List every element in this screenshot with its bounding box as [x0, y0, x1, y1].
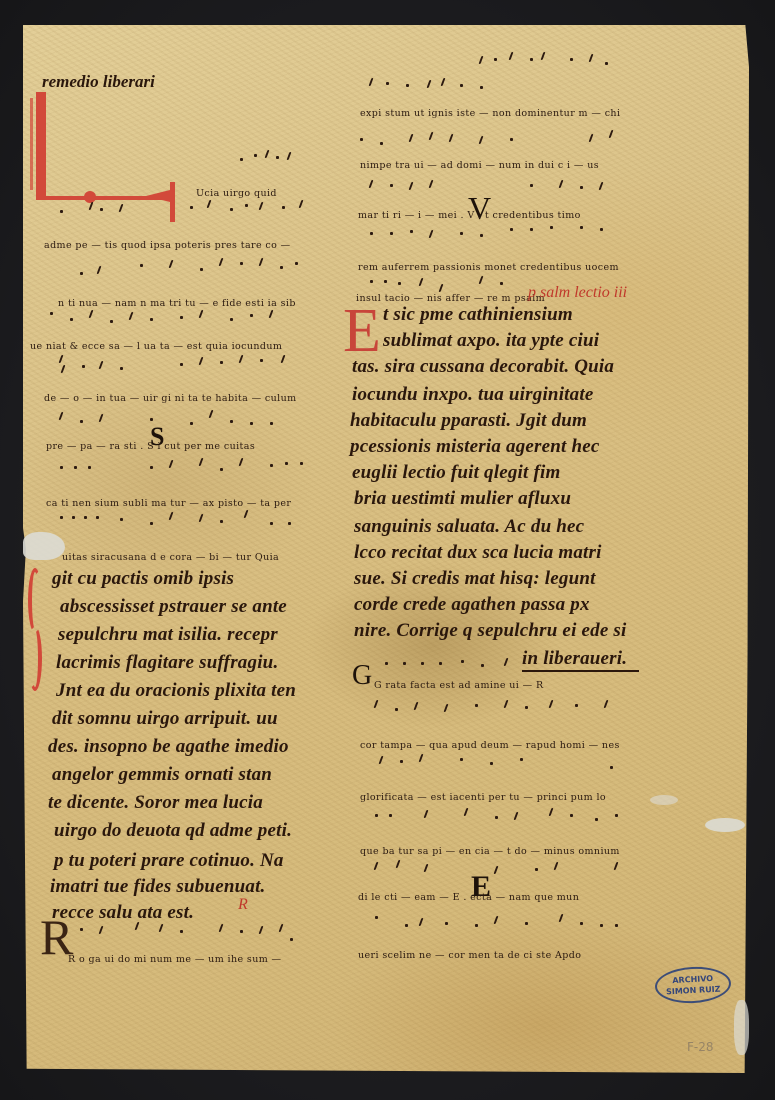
- chant-line: cor tampa — qua apud deum — rapud homi —…: [360, 740, 620, 751]
- chant-line: insul tacio — nis affer — re m psalm: [356, 293, 545, 304]
- initial-E-red: E: [343, 300, 371, 362]
- prose-line: uirgo do deuota qd adme peti.: [54, 820, 292, 842]
- prose-line: p tu poteri prare cotinuo. Na: [54, 850, 284, 872]
- chant-line: di le cti — eam — E . ecta — nam que mun: [358, 892, 579, 903]
- neumes: [60, 355, 330, 373]
- prose-line: lcco recitat dux sca lucia matri: [354, 542, 602, 564]
- prose-line: corde crede agathen passa px: [354, 594, 590, 616]
- prose-line: bria uestimti mulier afluxu: [354, 488, 571, 510]
- chant-line: ca ti nen sium subli ma tur — ax pisto —…: [46, 498, 291, 509]
- tear-damage-corner: [734, 1000, 749, 1055]
- prose-line: lacrimis flagitare suffragiu.: [56, 652, 278, 674]
- chant-line: que ba tur sa pi — en cia — t do — minus…: [360, 846, 620, 857]
- neumes: [360, 128, 630, 146]
- prose-line: dit somnu uirgo arripuit. uu: [52, 708, 278, 730]
- chant-line: glorificata — est iacenti per tu — princ…: [360, 792, 606, 803]
- neumes: [375, 700, 645, 718]
- running-head: remedio liberari: [42, 72, 155, 92]
- prose-line: t sic pme cathiniensium: [383, 304, 573, 326]
- initial-G: G: [352, 662, 372, 690]
- tear-damage-right-b: [650, 795, 678, 805]
- neumes: [50, 310, 320, 328]
- prose-line: sue. Si credis mat hisq: legunt: [354, 568, 596, 590]
- neumes: [60, 458, 330, 476]
- prose-line: iocundu inxpo. tua uirginitate: [352, 384, 593, 406]
- tear-damage-left: [23, 532, 65, 560]
- neumes: [380, 752, 650, 770]
- prose-line: angelor gemmis ornati stan: [52, 764, 272, 786]
- prose-line: sanguinis saluata. Ac du hec: [354, 516, 584, 538]
- neumes: [370, 178, 640, 196]
- neumes: [375, 860, 645, 878]
- chant-line: uitas siracusana d e cora — bi — tur Qui…: [62, 552, 279, 563]
- neumes: [80, 922, 350, 940]
- chant-line: adme pe — tis quod ipsa poteris pres tar…: [44, 240, 291, 251]
- chant-line-final: R o ga ui do mi num me — um ihe sum —: [68, 954, 281, 965]
- chant-line: nimpe tra ui — ad domi — num in dui c i …: [360, 160, 599, 171]
- prose-line: imatri tue fides subuenuat.: [50, 876, 266, 898]
- chant-line: mar ti ri — i — mei . V . t credentibus …: [358, 210, 581, 221]
- neumes: [480, 52, 750, 70]
- prose-line: tas. sira cussana decorabit. Quia: [352, 356, 614, 378]
- initial-S-black: S: [150, 424, 164, 450]
- chant-line: rem auferrem passionis monet credentibus…: [358, 262, 619, 273]
- prose-line: te dicente. Soror mea lucia: [48, 792, 263, 814]
- rubric-psalm-lectio: p salm lectio iii: [528, 284, 627, 302]
- neumes: [385, 656, 655, 674]
- prose-line: euglii lectio fuit qlegit fim: [352, 462, 560, 484]
- chant-line: expi stum ut ignis iste — non dominentur…: [360, 108, 620, 119]
- initial-S-red: [28, 568, 44, 698]
- prose-line: git cu pactis omib ipsis: [52, 568, 234, 590]
- neumes: [375, 914, 645, 932]
- chant-line: G rata facta est ad amine ui — R: [374, 680, 544, 691]
- neumes: [60, 510, 330, 528]
- neumes: [370, 78, 640, 96]
- prose-line: abscessisset pstrauer se ante: [60, 596, 287, 618]
- neumes: [370, 226, 640, 244]
- neumes: [60, 410, 330, 428]
- prose-line: sepulchru mat isilia. recepr: [58, 624, 278, 646]
- pencil-shelfmark: F-28: [687, 1040, 714, 1054]
- chant-line: n ti nua — nam n ma tri tu — e fide esti…: [58, 298, 296, 309]
- chant-line: ue niat & ecce sa — l ua ta — est quia i…: [30, 341, 282, 352]
- neumes: [60, 200, 330, 218]
- tear-damage-right-a: [705, 818, 745, 832]
- neumes: [375, 808, 645, 826]
- rubric-R-mark: R: [238, 896, 248, 914]
- chant-line: de — o — in tua — uir gi ni ta te habita…: [44, 393, 297, 404]
- prose-line: habitaculu pparasti. Jgit dum: [350, 410, 587, 432]
- neumes: [80, 258, 350, 276]
- prose-line: Jnt ea du oracionis plixita ten: [56, 680, 296, 702]
- stamp-line-2: SIMON RUIZ: [657, 983, 729, 998]
- chant-line: Ucia uirgo quid: [196, 188, 277, 199]
- chant-line: ueri scelim ne — cor men ta de ci ste Ap…: [358, 950, 581, 961]
- prose-line: sublimat axpo. ita ypte ciui: [383, 330, 599, 352]
- prose-line: des. insopno be agathe imedio: [48, 736, 289, 758]
- prose-line: pcessionis misteria agerent hec: [350, 436, 600, 458]
- prose-line: nire. Corrige q sepulchru ei ede si: [354, 620, 626, 642]
